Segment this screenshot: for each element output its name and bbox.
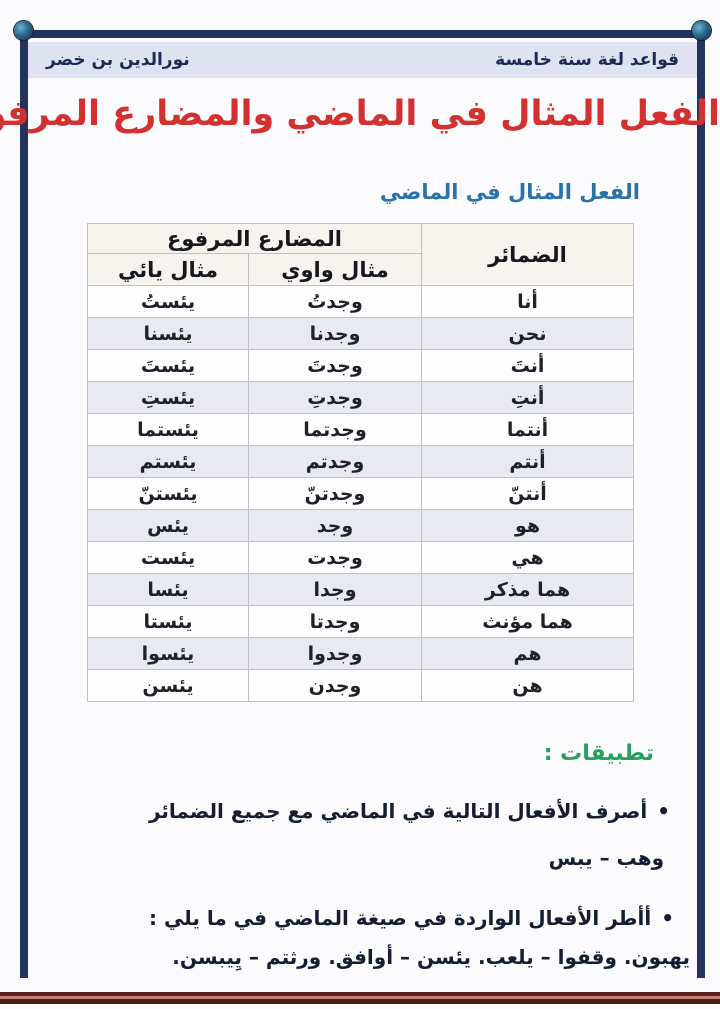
corner-ring-icon [14,21,33,40]
pronoun-cell: أنتنّ [422,478,634,510]
waw-verb-cell: وجدتِ [249,382,422,414]
pronoun-cell: هم [422,638,634,670]
column-header-ya-example: مثال يائي [88,254,249,286]
pronoun-cell: أنتم [422,446,634,478]
ya-verb-cell: يئستُ [88,286,249,318]
table-row: هموجدوايئسوا [88,638,634,670]
pronoun-cell: أنتَ [422,350,634,382]
column-header-waw-example: مثال واوي [249,254,422,286]
ya-verb-cell: يئستنّ [88,478,249,510]
bullet-icon: • [661,906,674,930]
pronoun-cell: هما مؤنث [422,606,634,638]
waw-verb-cell: وجدتم [249,446,422,478]
waw-verb-cell: وجدتما [249,414,422,446]
conjugation-table: الضمائر المضارع المرفوع مثال واوي مثال ي… [87,223,634,702]
table-row: أنتَوجدتَيئستَ [88,350,634,382]
pronoun-cell: أنتِ [422,382,634,414]
corner-ring-icon [692,21,711,40]
bullet-icon: • [657,799,670,823]
pronoun-cell: هن [422,670,634,702]
pronoun-cell: أنا [422,286,634,318]
waw-verb-cell: وجدتُ [249,286,422,318]
table-row: أنتِوجدتِيئستِ [88,382,634,414]
ya-verb-cell: يئستَ [88,350,249,382]
exercise2-verbs: يهبون. وقفوا – يلعب. يئسن – أوافق. ورثتم… [172,945,690,969]
pronoun-cell: أنتما [422,414,634,446]
table-row: هووجديئس [88,510,634,542]
table-row: أنتموجدتميئستم [88,446,634,478]
exercise2-instruction: •أأطر الأفعال الواردة في صيغة الماضي في … [149,906,674,930]
table-row: هما مذكروجدايئسا [88,574,634,606]
header-subject-label: قواعد لغة سنة خامسة [495,50,679,70]
ya-verb-cell: يئسا [88,574,249,606]
pronoun-cell: هي [422,542,634,574]
waw-verb-cell: وجدنا [249,318,422,350]
pronoun-cell: هو [422,510,634,542]
table-row: هنوجدنيئسن [88,670,634,702]
frame-right-border [697,32,705,978]
exercise1-text: أصرف الأفعال التالية في الماضي مع جميع ا… [149,799,647,823]
ya-verb-cell: يئستما [88,414,249,446]
exercise2-text: أأطر الأفعال الواردة في صيغة الماضي في م… [149,906,651,930]
header-author-label: نورالدين بن خضر [46,50,190,70]
worksheet-page: قواعد لغة سنة خامسة نورالدين بن خضر الفع… [0,0,720,1009]
table-row: هما مؤنثوجدتايئستا [88,606,634,638]
waw-verb-cell: وجدا [249,574,422,606]
applications-heading: تطبيقات : [544,741,654,766]
page-title: الفعل المثال في الماضي والمضارع المرفوع [0,94,720,134]
header-bar: قواعد لغة سنة خامسة نورالدين بن خضر [28,42,697,78]
table-row: أنتنّوجدتنّيئستنّ [88,478,634,510]
waw-verb-cell: وجدن [249,670,422,702]
waw-verb-cell: وجدت [249,542,422,574]
table-row: هيوجدتيئست [88,542,634,574]
table-row: أنتماوجدتمايئستما [88,414,634,446]
ya-verb-cell: يئستِ [88,382,249,414]
footer-divider [0,992,720,1004]
frame-left-border [20,32,28,978]
ya-verb-cell: يئست [88,542,249,574]
column-header-pronouns: الضمائر [422,224,634,286]
waw-verb-cell: وجدتا [249,606,422,638]
ya-verb-cell: يئسنا [88,318,249,350]
waw-verb-cell: وجدوا [249,638,422,670]
frame-top-border [20,30,704,38]
ya-verb-cell: يئستم [88,446,249,478]
ya-verb-cell: يئسن [88,670,249,702]
waw-verb-cell: وجدتَ [249,350,422,382]
table-row: نحنوجدنايئسنا [88,318,634,350]
exercise1-verbs: وهب – يبس [549,846,664,870]
pronoun-cell: نحن [422,318,634,350]
ya-verb-cell: يئستا [88,606,249,638]
pronoun-cell: هما مذكر [422,574,634,606]
waw-verb-cell: وجدتنّ [249,478,422,510]
ya-verb-cell: يئس [88,510,249,542]
table-row: أناوجدتُيئستُ [88,286,634,318]
section-title: الفعل المثال في الماضي [380,180,640,204]
waw-verb-cell: وجد [249,510,422,542]
exercise1-instruction: •أصرف الأفعال التالية في الماضي مع جميع … [149,799,670,823]
ya-verb-cell: يئسوا [88,638,249,670]
column-header-present-tense: المضارع المرفوع [88,224,422,254]
